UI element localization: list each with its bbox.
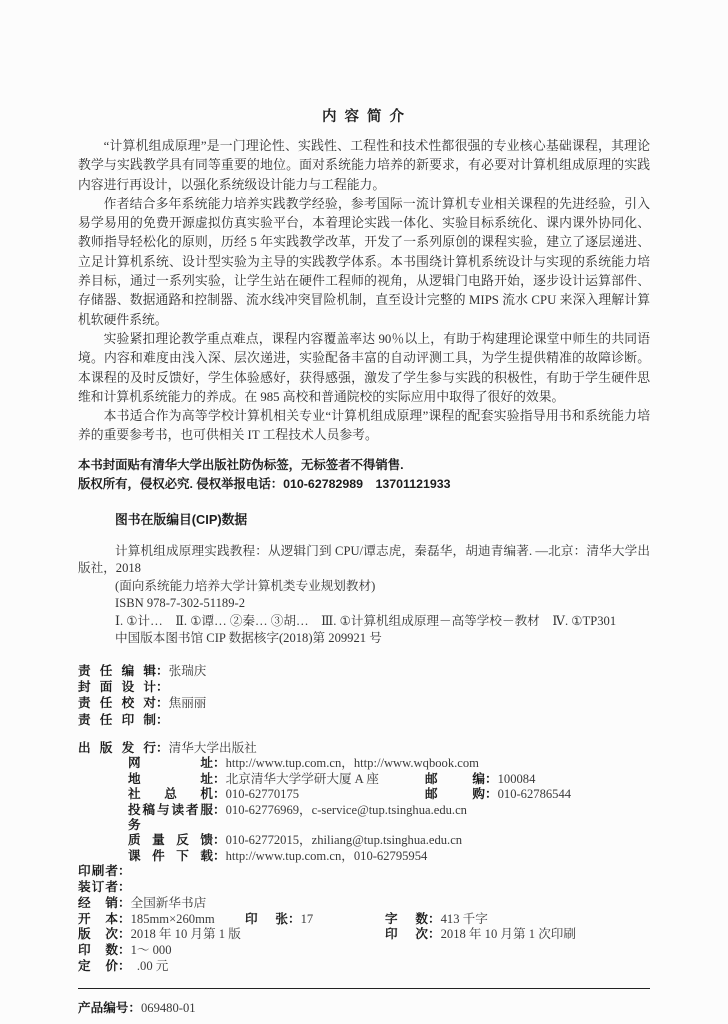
product-code-label: 产品编号 bbox=[78, 1000, 128, 1016]
print-row-value: 全国新华书店 bbox=[131, 896, 207, 910]
print-row-right-label: 印次 bbox=[385, 927, 428, 943]
print-row-value: .00 元 bbox=[124, 959, 168, 973]
pub-row-value: 010-62776969，c-service@tup.tsinghua.edu.… bbox=[226, 803, 467, 817]
print-row-label: 版次 bbox=[78, 927, 118, 943]
staff-label: 封面设计 bbox=[78, 679, 156, 695]
publisher-row: 出版发行：清华大学出版社 bbox=[78, 741, 650, 756]
print-row-wordcount: 字数：413 千字 bbox=[385, 912, 488, 928]
colon-separator: ： bbox=[485, 772, 498, 786]
print-row-distributor: 经销：全国新华书店 bbox=[78, 896, 650, 912]
print-row-label: 印刷者 bbox=[78, 864, 118, 880]
cip-record-number: 中国版本图书馆 CIP 数据核字(2018)第 209921 号 bbox=[78, 630, 650, 648]
colon-separator: ： bbox=[213, 787, 226, 801]
colon-separator: ： bbox=[213, 849, 226, 863]
anti-piracy-line: 本书封面贴有清华大学出版社防伪标签，无标签者不得销售. bbox=[78, 456, 650, 475]
pub-row-reader-service: 投稿与读者服务：010-62776969，c-service@tup.tsing… bbox=[78, 803, 650, 834]
colon-separator: ： bbox=[213, 772, 226, 786]
print-row-right-value: 2018 年 10 月第 1 次印刷 bbox=[441, 927, 576, 941]
print-row-mid-label: 印张 bbox=[245, 912, 288, 928]
colon-separator: ： bbox=[428, 927, 441, 941]
colon-separator: ： bbox=[156, 680, 169, 694]
cip-entry: 计算机组成原理实践教程：从逻辑门到 CPU/谭志虎，秦磊华，胡迪青编著. —北京… bbox=[78, 543, 650, 578]
print-row-value: 185mm×260mm bbox=[131, 912, 215, 926]
print-row-value: 2018 年 10 月第 1 版 bbox=[131, 927, 241, 941]
print-row-impression: 印次：2018 年 10 月第 1 次印刷 bbox=[385, 927, 576, 943]
staff-label: 责任印制 bbox=[78, 712, 156, 728]
print-row-sheets: 印张：17 bbox=[245, 912, 313, 928]
intro-paragraph-3: 实验紧扣理论教学重点难点，课程内容覆盖率达 90％以上，有助于构建理论课堂中师生… bbox=[78, 330, 650, 407]
colon-separator: ： bbox=[288, 912, 301, 926]
publisher-name: 清华大学出版社 bbox=[169, 741, 257, 755]
colon-separator: ： bbox=[156, 664, 169, 678]
staff-label: 责任编辑 bbox=[78, 663, 156, 679]
print-row-edition: 版次：2018 年 10 月第 1 版 印次：2018 年 10 月第 1 次印… bbox=[78, 927, 650, 943]
print-row-label: 定价 bbox=[78, 959, 118, 975]
colon-separator: ： bbox=[156, 696, 169, 710]
book-copyright-page: 内 容 简 介 “计算机组成原理”是一门理论性、实践性、工程性和技术性都很强的专… bbox=[0, 0, 728, 1024]
print-row-right-label: 字数 bbox=[385, 912, 428, 928]
colon-separator: ： bbox=[213, 803, 226, 817]
print-row-format: 开本：185mm×260mm 印张：17 字数：413 千字 bbox=[78, 912, 650, 928]
intro-paragraph-2: 作者结合多年系统能力培养实践教学经验，参考国际一流计算机专业相关课程的先进经验，… bbox=[78, 195, 650, 330]
colon-separator: ： bbox=[485, 787, 498, 801]
pub-row-label: 投稿与读者服务 bbox=[128, 803, 213, 834]
staff-row-editor: 责任编辑：张瑞庆 bbox=[78, 663, 650, 679]
publisher-label: 出版发行 bbox=[78, 741, 156, 756]
intro-paragraph-4: 本书适合作为高等学校计算机相关专业“计算机组成原理”课程的配套实验指导用书和系统… bbox=[78, 407, 650, 446]
pub-row-label: 质量反馈 bbox=[128, 833, 213, 848]
pub-row-label: 网址 bbox=[128, 756, 213, 771]
colon-separator: ： bbox=[118, 943, 131, 957]
pub-row-switchboard: 社总机：010-62770175 邮购：010-62786544 bbox=[78, 787, 650, 802]
print-row-value: 1～ 000 bbox=[131, 943, 172, 957]
pub-row-postcode: 邮编：100084 bbox=[425, 772, 535, 787]
print-row-label: 印数 bbox=[78, 943, 118, 959]
print-row-mid-value: 17 bbox=[301, 912, 314, 926]
intro-paragraph-1: “计算机组成原理”是一门理论性、实践性、工程性和技术性都很强的专业核心基础课程，… bbox=[78, 137, 650, 195]
pub-row-value: 北京清华大学学研大厦 A 座 bbox=[226, 772, 379, 786]
anti-piracy-notice: 本书封面贴有清华大学出版社防伪标签，无标签者不得销售. 版权所有，侵权必究. 侵… bbox=[78, 456, 650, 494]
print-row-label: 经销 bbox=[78, 896, 118, 912]
cip-header: 图书在版编目(CIP)数据 bbox=[78, 509, 650, 528]
cip-section: 图书在版编目(CIP)数据 计算机组成原理实践教程：从逻辑门到 CPU/谭志虎，… bbox=[78, 509, 650, 648]
staff-section: 责任编辑：张瑞庆 封面设计： 责任校对：焦丽丽 责任印制： bbox=[78, 663, 650, 728]
pub-row-label: 社总机 bbox=[128, 787, 213, 802]
pub-row-label2: 邮购 bbox=[425, 787, 485, 802]
print-row-label: 装订者 bbox=[78, 880, 118, 896]
publisher-section: 出版发行：清华大学出版社 网址：http://www.tup.com.cn，ht… bbox=[78, 741, 650, 864]
print-row-binder: 装订者： bbox=[78, 880, 650, 896]
pub-row-value: http://www.tup.com.cn，010-62795954 bbox=[226, 849, 428, 863]
colon-separator: ： bbox=[118, 896, 131, 910]
pub-row-value: http://www.tup.com.cn，http://www.wqbook.… bbox=[226, 756, 479, 770]
colon-separator: ： bbox=[156, 741, 169, 755]
page-title: 内 容 简 介 bbox=[78, 105, 650, 126]
cip-isbn: ISBN 978-7-302-51189-2 bbox=[78, 595, 650, 613]
print-row-printer: 印刷者： bbox=[78, 864, 650, 880]
colon-separator: ： bbox=[428, 912, 441, 926]
pub-row-address: 地址：北京清华大学学研大厦 A 座 邮编：100084 bbox=[78, 772, 650, 787]
pub-row-label: 课件下载 bbox=[128, 849, 213, 864]
cip-classification: Ⅰ. ①计… Ⅱ. ①谭… ②秦… ③胡… Ⅲ. ①计算机组成原理－高等学校－教… bbox=[78, 613, 650, 631]
print-row-right-value: 413 千字 bbox=[441, 912, 488, 926]
pub-row-value2: 010-62786544 bbox=[498, 787, 571, 801]
copyright-report-line: 版权所有，侵权必究. 侵权举报电话：010-62782989 137011219… bbox=[78, 475, 650, 494]
product-code-row: 产品编号：069480-01 bbox=[78, 1000, 650, 1016]
colon-separator: ： bbox=[118, 927, 131, 941]
staff-row-cover-design: 封面设计： bbox=[78, 679, 650, 695]
print-info-section: 印刷者： 装订者： 经销：全国新华书店 开本：185mm×260mm 印张：17… bbox=[78, 864, 650, 975]
colon-separator: ： bbox=[128, 1001, 141, 1015]
staff-value: 张瑞庆 bbox=[169, 664, 207, 678]
colon-separator: ： bbox=[118, 880, 131, 894]
staff-row-print-supervisor: 责任印制： bbox=[78, 712, 650, 728]
pub-row-mailorder: 邮购：010-62786544 bbox=[425, 787, 571, 802]
pub-row-value: 010-62770175 bbox=[226, 787, 299, 801]
pub-row-courseware-download: 课件下载：http://www.tup.com.cn，010-62795954 bbox=[78, 849, 650, 864]
pub-row-label: 地址 bbox=[128, 772, 213, 787]
pub-row-website: 网址：http://www.tup.com.cn，http://www.wqbo… bbox=[78, 756, 650, 771]
colon-separator: ： bbox=[156, 713, 169, 727]
pub-row-value: 010-62772015，zhiliang@tup.tsinghua.edu.c… bbox=[226, 833, 463, 847]
pub-row-label2: 邮编 bbox=[425, 772, 485, 787]
divider-rule bbox=[78, 988, 650, 989]
intro-section: “计算机组成原理”是一门理论性、实践性、工程性和技术性都很强的专业核心基础课程，… bbox=[78, 137, 650, 446]
cip-series: (面向系统能力培养大学计算机类专业规划教材) bbox=[78, 578, 650, 596]
product-code-value: 069480-01 bbox=[141, 1001, 196, 1015]
print-row-price: 定价： .00 元 bbox=[78, 959, 650, 975]
colon-separator: ： bbox=[213, 833, 226, 847]
print-row-print-run: 印数：1～ 000 bbox=[78, 943, 650, 959]
page-content: 内 容 简 介 “计算机组成原理”是一门理论性、实践性、工程性和技术性都很强的专… bbox=[78, 0, 650, 1016]
colon-separator: ： bbox=[118, 864, 131, 878]
staff-value: 焦丽丽 bbox=[169, 696, 207, 710]
staff-label: 责任校对 bbox=[78, 695, 156, 711]
pub-row-quality-feedback: 质量反馈：010-62772015，zhiliang@tup.tsinghua.… bbox=[78, 833, 650, 848]
colon-separator: ： bbox=[213, 756, 226, 770]
staff-row-proofreader: 责任校对：焦丽丽 bbox=[78, 695, 650, 711]
pub-row-value2: 100084 bbox=[498, 772, 536, 786]
print-row-label: 开本 bbox=[78, 912, 118, 928]
colon-separator: ： bbox=[118, 912, 131, 926]
